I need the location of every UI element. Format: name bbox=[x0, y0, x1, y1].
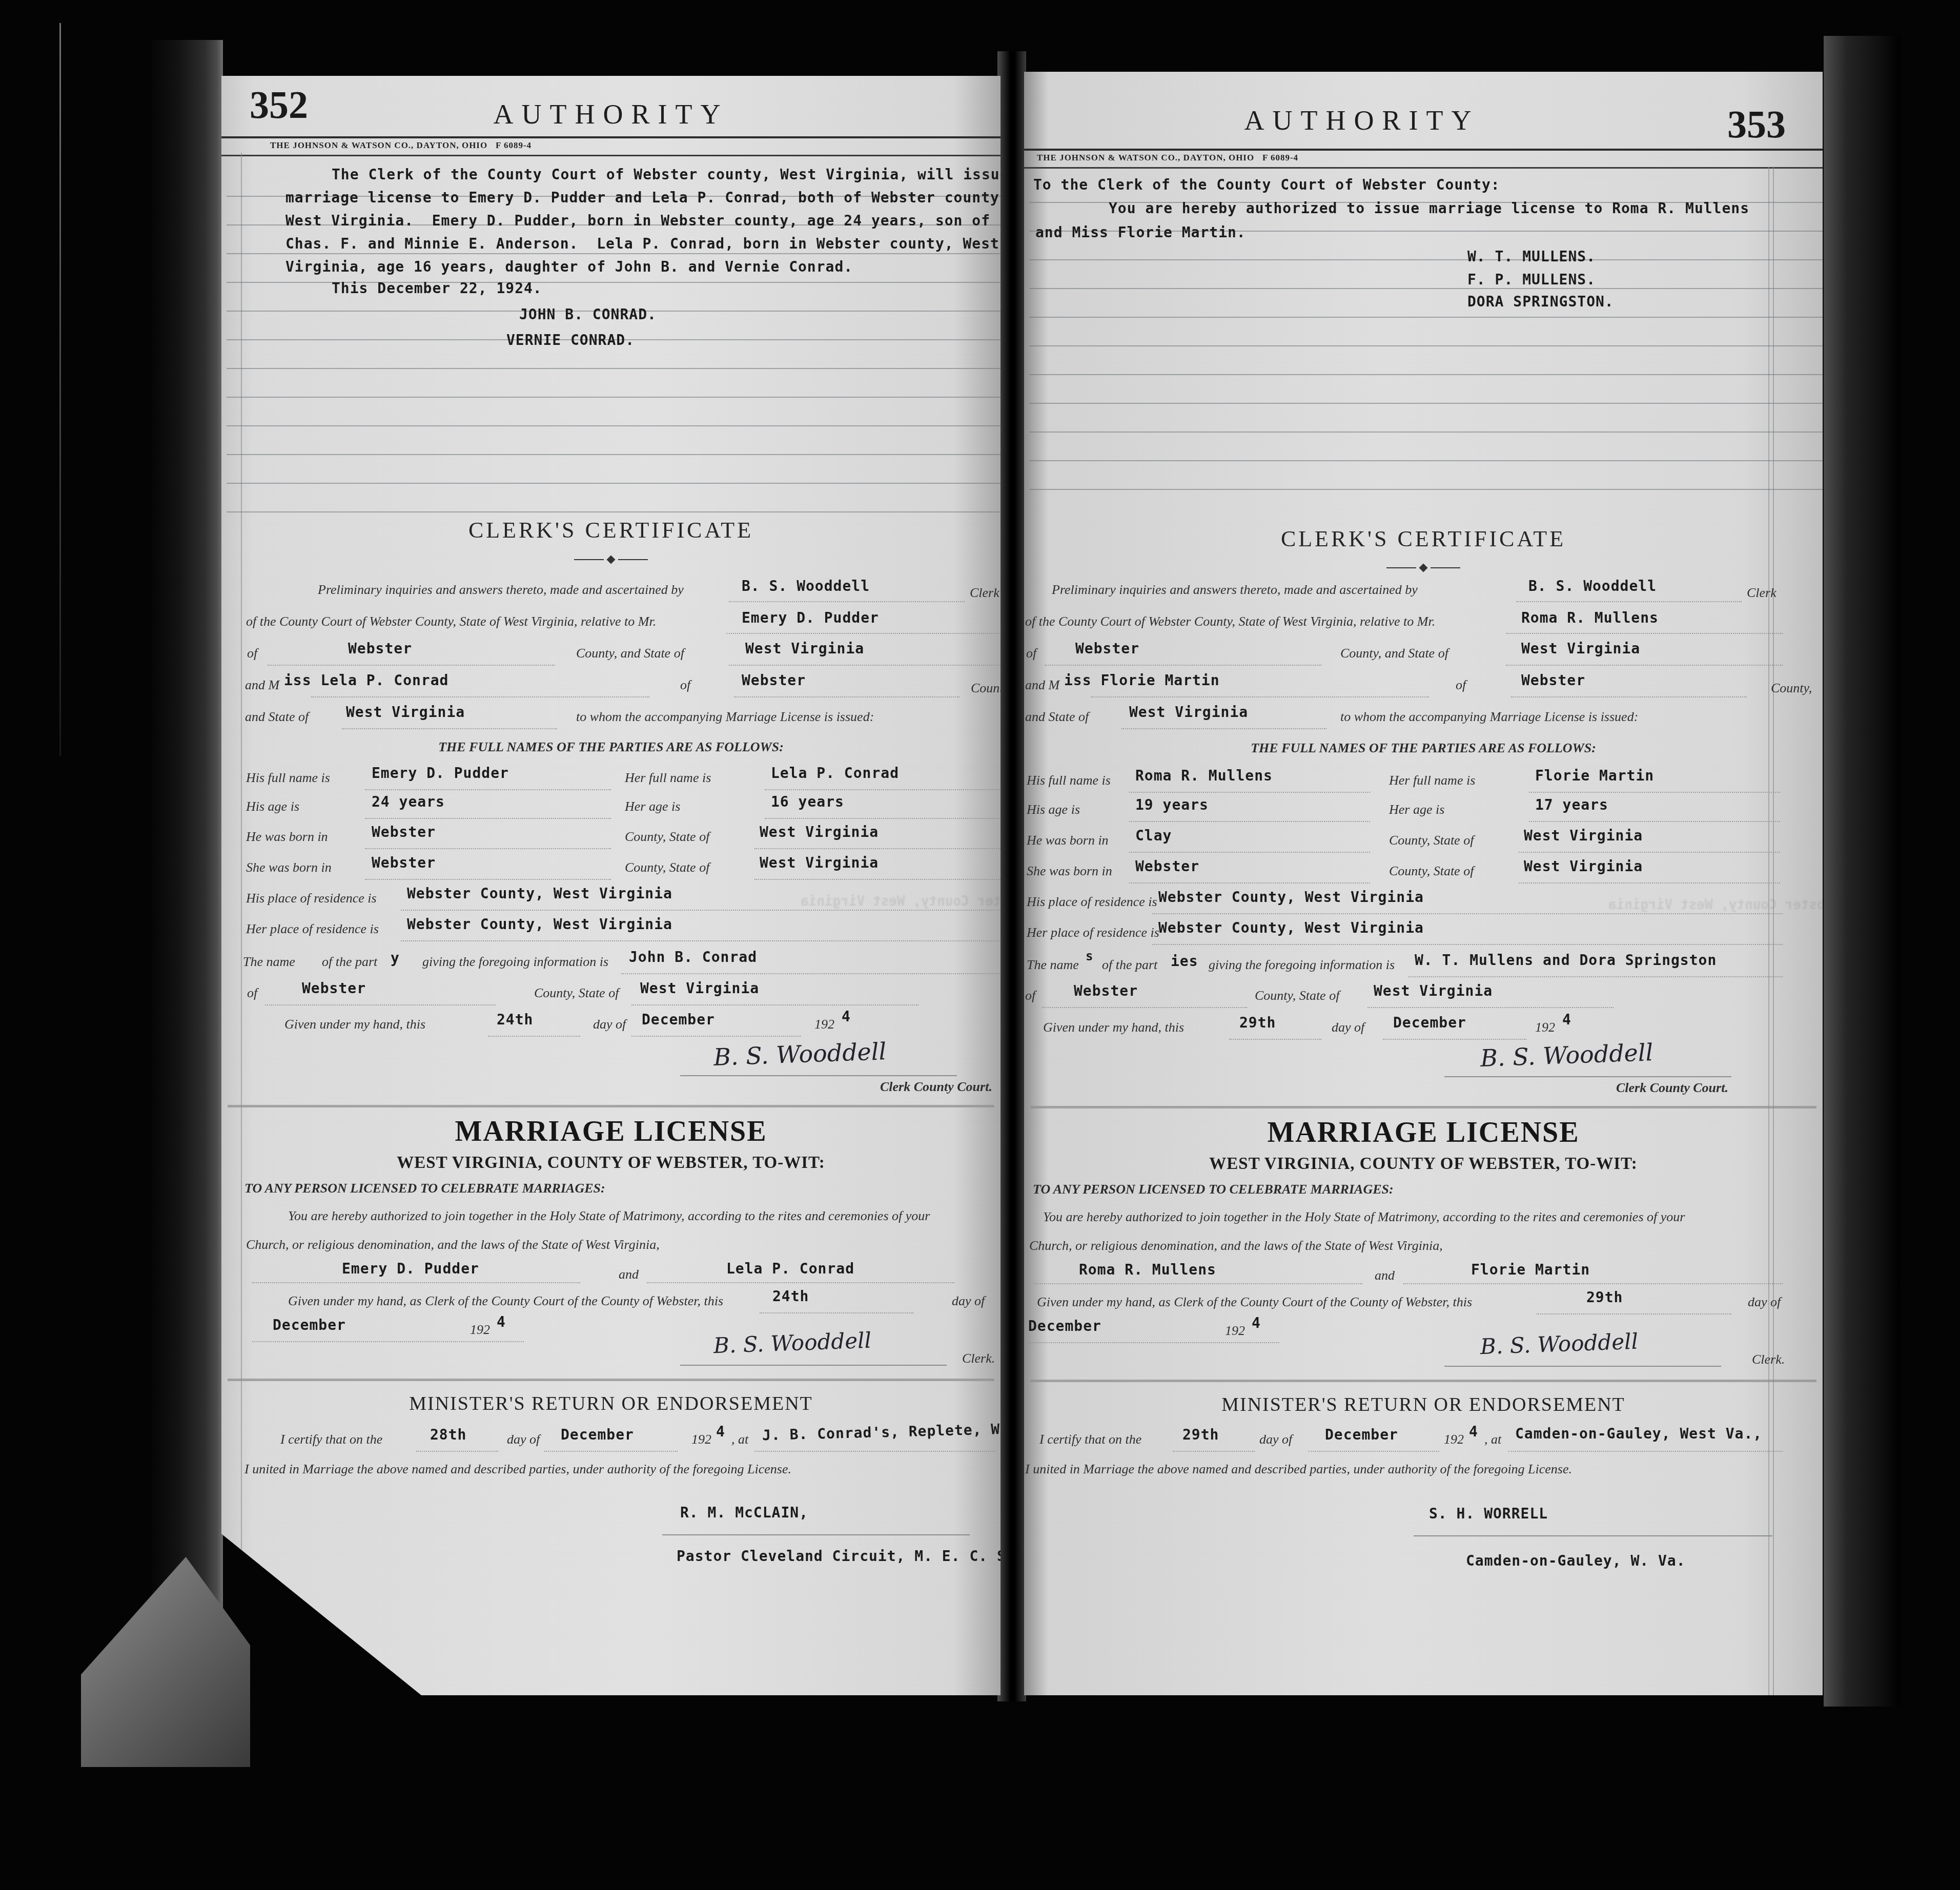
form-label: Given under my hand, this bbox=[284, 1018, 425, 1031]
form-label: and State of bbox=[245, 710, 309, 724]
fill-line bbox=[1506, 632, 1783, 634]
under-page-corner bbox=[81, 1557, 250, 1767]
fill-line bbox=[754, 847, 1001, 849]
fill-line bbox=[631, 1035, 801, 1037]
fill-line bbox=[365, 847, 611, 849]
fill-line bbox=[1529, 791, 1780, 793]
form-label: of the part bbox=[1102, 958, 1157, 972]
clerk-label: Clerk. bbox=[962, 1352, 995, 1365]
section-divider bbox=[228, 1105, 994, 1107]
form-label: giving the foregoing information is bbox=[1209, 958, 1395, 972]
ministers-return-heading: MINISTER'S RETURN OR ENDORSEMENT bbox=[1024, 1395, 1823, 1414]
fill-line bbox=[1129, 881, 1370, 884]
form-label: and bbox=[1375, 1269, 1395, 1282]
form-label: The name bbox=[1027, 958, 1079, 972]
to-any-person-line: TO ANY PERSON LICENSED TO CELEBRATE MARR… bbox=[244, 1182, 605, 1195]
form-label: of bbox=[247, 647, 257, 660]
to-any-person-line: TO ANY PERSON LICENSED TO CELEBRATE MARR… bbox=[1033, 1183, 1394, 1196]
bleed-through-text: Webster County, West Virginia bbox=[1608, 897, 1823, 913]
form-label: His age is bbox=[1027, 803, 1080, 816]
form-label: Her full name is bbox=[625, 771, 711, 785]
clerks-certificate-heading: CLERK'S CERTIFICATE bbox=[221, 519, 1001, 542]
fill-line bbox=[1519, 851, 1780, 853]
form-label: , at bbox=[1484, 1433, 1501, 1446]
form-label: County, and State of bbox=[576, 647, 684, 660]
form-label: of bbox=[1025, 989, 1035, 1002]
fill-line bbox=[1403, 1282, 1783, 1284]
authority-date-line: This December 22, 1924. bbox=[332, 281, 542, 296]
fill-line bbox=[754, 1450, 995, 1452]
party-suffix-value: ies bbox=[1171, 954, 1198, 969]
fill-line bbox=[1229, 1038, 1321, 1040]
form-label: County, State of bbox=[1255, 989, 1339, 1002]
printer-mark: THE JOHNSON & WATSON CO., DAYTON, OHIO F… bbox=[270, 140, 532, 151]
groom-county-value: Webster bbox=[1075, 642, 1139, 656]
ml-year-suffix-value: 4 bbox=[1252, 1316, 1261, 1330]
fill-line bbox=[1045, 664, 1321, 666]
authority-signature: DORA SPRINGSTON. bbox=[1467, 295, 1614, 309]
form-label: and State of bbox=[1025, 710, 1089, 724]
form-label: of bbox=[1026, 647, 1036, 660]
form-label: I certify that on the bbox=[280, 1433, 382, 1446]
informant-value: W. T. Mullens and Dora Springston bbox=[1415, 953, 1717, 968]
authority-signature: W. T. MULLENS. bbox=[1467, 250, 1596, 264]
informant-value: John B. Conrad bbox=[629, 950, 757, 964]
fill-line bbox=[252, 1281, 580, 1283]
form-label: Clerk bbox=[970, 586, 999, 600]
fill-line bbox=[401, 939, 1001, 941]
bride-county-value: Webster bbox=[742, 673, 806, 688]
fill-line bbox=[1508, 1450, 1783, 1452]
fill-line bbox=[268, 664, 555, 666]
fill-line bbox=[416, 1450, 498, 1452]
she-born-county-value: Webster bbox=[372, 856, 436, 870]
cert-day-value: 29th bbox=[1239, 1016, 1276, 1030]
groom-state-value: West Virginia bbox=[745, 642, 864, 656]
her-residence-value: Webster County, West Virginia bbox=[407, 917, 672, 932]
cert-month-value: December bbox=[642, 1013, 715, 1027]
fill-line bbox=[1042, 1006, 1247, 1008]
wv-towit-heading: WEST VIRGINIA, COUNTY OF WEBSTER, TO-WIT… bbox=[221, 1155, 1001, 1172]
fill-line bbox=[1129, 851, 1370, 853]
minister-title-value: Pastor Cleveland Circuit, M. E. C. S. bbox=[677, 1549, 1001, 1564]
form-label: of bbox=[1456, 679, 1466, 692]
form-label: to whom the accompanying Marriage Licens… bbox=[1340, 710, 1638, 724]
informant-county-value: Webster bbox=[1074, 984, 1138, 998]
clerks-certificate-heading: CLERK'S CERTIFICATE bbox=[1024, 528, 1823, 550]
his-age-value: 19 years bbox=[1135, 798, 1209, 812]
united-in-marriage-line: I united in Marriage the above named and… bbox=[244, 1463, 791, 1476]
fill-line bbox=[1383, 1038, 1526, 1040]
groom-county-value: Webster bbox=[348, 642, 412, 656]
cert-year-suffix-value: 4 bbox=[842, 1010, 851, 1024]
groom-name-value: Emery D. Pudder bbox=[742, 611, 879, 625]
form-label: to whom the accompanying Marriage Licens… bbox=[576, 710, 874, 724]
authorized-line: Church, or religious denomination, and t… bbox=[1029, 1239, 1443, 1252]
bleed-through-text: Webster County, West Virginia bbox=[801, 894, 1001, 909]
his-residence-value: Webster County, West Virginia bbox=[407, 887, 672, 901]
form-label: Her place of residence is bbox=[1027, 926, 1159, 939]
ornament-divider bbox=[1024, 565, 1823, 571]
form-label: His place of residence is bbox=[1027, 895, 1157, 909]
fill-line bbox=[1129, 820, 1370, 822]
cert-year-suffix-value: 4 bbox=[1562, 1013, 1571, 1027]
clerk-signature: B. S. Wooddell bbox=[713, 1328, 871, 1359]
bride-name-value: iss Lela P. Conrad bbox=[284, 673, 448, 688]
fill-line bbox=[488, 1035, 580, 1037]
fill-line bbox=[621, 972, 1001, 974]
she-born-state-value: West Virginia bbox=[760, 856, 879, 870]
ml-groom-value: Roma R. Mullens bbox=[1079, 1263, 1216, 1277]
form-label: and M bbox=[245, 679, 279, 692]
ml-bride-value: Florie Martin bbox=[1471, 1263, 1590, 1277]
party-suffix-value: y bbox=[391, 951, 400, 965]
he-born-county-value: Clay bbox=[1135, 829, 1172, 843]
form-label: day of bbox=[1332, 1021, 1364, 1034]
form-label: Clerk bbox=[1747, 586, 1777, 600]
ornament-divider bbox=[221, 557, 1001, 563]
printer-mark: THE JOHNSON & WATSON CO., DAYTON, OHIO F… bbox=[1037, 153, 1298, 163]
form-label: 192 bbox=[470, 1323, 490, 1337]
section-divider bbox=[1030, 1380, 1816, 1382]
clerk-name-value: B. S. Wooddell bbox=[1528, 579, 1657, 593]
form-label: She was born in bbox=[246, 861, 332, 874]
form-label: of the County Court of Webster County, S… bbox=[246, 615, 656, 628]
mr-day-value: 28th bbox=[430, 1428, 466, 1442]
form-label: of the part bbox=[322, 955, 377, 969]
marriage-license-heading: MARRIAGE LICENSE bbox=[221, 1117, 1001, 1146]
form-label: County, and State of bbox=[1340, 647, 1448, 660]
authorized-line: You are hereby authorized to join togeth… bbox=[288, 1209, 930, 1223]
fill-line bbox=[1516, 600, 1742, 602]
form-label: day of bbox=[593, 1018, 626, 1031]
signature-line bbox=[1414, 1535, 1772, 1536]
fill-line bbox=[631, 1003, 918, 1005]
form-label: I certify that on the bbox=[1039, 1433, 1141, 1446]
authority-text-line: To the Clerk of the County Court of Webs… bbox=[1033, 178, 1500, 192]
authority-text-line: Chas. F. and Minnie E. Anderson. Lela P.… bbox=[285, 237, 999, 251]
fill-line bbox=[365, 788, 611, 790]
mr-year-suffix-value: 4 bbox=[716, 1425, 725, 1439]
mr-day-value: 29th bbox=[1182, 1428, 1219, 1442]
authority-text-line: marriage license to Emery D. Pudder and … bbox=[285, 191, 1001, 205]
form-label: His full name is bbox=[246, 771, 330, 785]
form-label: Her age is bbox=[1389, 803, 1444, 816]
form-label: Her full name is bbox=[1389, 774, 1475, 787]
authority-signature: JOHN B. CONRAD. bbox=[519, 307, 657, 322]
form-label: Given under my hand, this bbox=[1043, 1021, 1184, 1034]
fill-line bbox=[765, 817, 1001, 819]
ministers-return-heading: MINISTER'S RETURN OR ENDORSEMENT bbox=[221, 1394, 1001, 1413]
authority-heading: AUTHORITY bbox=[1024, 107, 1761, 134]
her-age-value: 17 years bbox=[1535, 798, 1608, 812]
form-label: He was born in bbox=[1027, 834, 1109, 847]
form-label: 192 bbox=[814, 1018, 834, 1031]
clerk-label: Clerk. bbox=[1752, 1353, 1785, 1366]
fill-line bbox=[1511, 695, 1747, 697]
mr-month-value: December bbox=[1325, 1428, 1398, 1442]
fill-line bbox=[1173, 1450, 1255, 1452]
form-label: day of bbox=[507, 1433, 540, 1446]
signature-line bbox=[680, 1075, 957, 1076]
fill-line bbox=[1408, 975, 1783, 977]
clerk-signature: B. S. Wooddell bbox=[713, 1037, 887, 1071]
authority-text-line: Virginia, age 16 years, daughter of John… bbox=[285, 260, 853, 274]
informant-county-value: Webster bbox=[302, 981, 366, 996]
bride-county-value: Webster bbox=[1521, 673, 1585, 688]
she-born-county-value: Webster bbox=[1135, 859, 1199, 874]
form-label: Given under my hand, as Clerk of the Cou… bbox=[1037, 1296, 1472, 1309]
signature-line bbox=[1444, 1076, 1731, 1077]
fill-line bbox=[1121, 727, 1326, 729]
his-residence-value: Webster County, West Virginia bbox=[1158, 890, 1424, 905]
clerk-county-court-label: Clerk County Court. bbox=[1616, 1081, 1728, 1095]
form-label: County, bbox=[971, 682, 1001, 695]
form-label: County, State of bbox=[1389, 865, 1474, 878]
gutter-shadow bbox=[997, 51, 1026, 1701]
form-label: His place of residence is bbox=[246, 892, 377, 905]
form-label: 192 bbox=[1535, 1021, 1555, 1034]
form-label: His age is bbox=[246, 800, 299, 813]
form-label: Her place of residence is bbox=[246, 922, 379, 936]
authorized-line: You are hereby authorized to join togeth… bbox=[1043, 1210, 1685, 1224]
left-page-edges bbox=[151, 40, 223, 1700]
bride-name-value: iss Florie Martin bbox=[1064, 673, 1220, 688]
fill-line bbox=[647, 1281, 954, 1283]
his-age-value: 24 years bbox=[372, 795, 445, 809]
form-label: He was born in bbox=[246, 830, 328, 844]
fill-line bbox=[1529, 820, 1780, 822]
form-label: day of bbox=[1748, 1296, 1781, 1309]
clerk-county-court-label: Clerk County Court. bbox=[880, 1080, 992, 1094]
he-born-state-value: West Virginia bbox=[760, 825, 879, 839]
authority-signature: F. P. MULLENS. bbox=[1467, 273, 1596, 287]
form-label: County, State of bbox=[534, 987, 619, 1000]
mr-place-value: J. B. Conrad's, Replete, W. Va. bbox=[762, 1421, 1001, 1443]
form-label: County, State of bbox=[625, 830, 709, 844]
fill-line bbox=[726, 632, 1001, 634]
page-352: 352 AUTHORITY THE JOHNSON & WATSON CO., … bbox=[221, 76, 1001, 1695]
fill-line bbox=[1519, 881, 1780, 884]
left-page-edge-highlight bbox=[59, 23, 61, 756]
mr-month-value: December bbox=[561, 1428, 634, 1442]
united-in-marriage-line: I united in Marriage the above named and… bbox=[1025, 1463, 1572, 1476]
his-full-name-value: Emery D. Pudder bbox=[372, 766, 509, 780]
form-label: 192 bbox=[691, 1433, 711, 1446]
form-label: County, State of bbox=[625, 861, 709, 874]
authorized-line: Church, or religious denomination, and t… bbox=[246, 1238, 660, 1251]
fill-line bbox=[729, 664, 1001, 666]
section-divider bbox=[1030, 1106, 1816, 1108]
form-label: day of bbox=[952, 1295, 985, 1308]
clerk-name-value: B. S. Wooddell bbox=[742, 579, 870, 593]
fill-line bbox=[365, 817, 611, 819]
ml-month-value: December bbox=[273, 1318, 346, 1332]
form-label: Preliminary inquiries and answers theret… bbox=[1052, 583, 1418, 597]
signature-line bbox=[680, 1365, 947, 1366]
fill-line bbox=[1152, 943, 1783, 945]
fill-line bbox=[760, 1311, 913, 1313]
fill-line bbox=[342, 727, 557, 729]
form-label: giving the foregoing information is bbox=[422, 955, 608, 969]
form-label: of the County Court of Webster County, S… bbox=[1025, 615, 1435, 628]
cert-month-value: December bbox=[1393, 1016, 1466, 1030]
form-label: Preliminary inquiries and answers theret… bbox=[318, 583, 684, 597]
fill-line bbox=[252, 1340, 524, 1342]
he-born-county-value: Webster bbox=[372, 825, 436, 839]
form-label: County, bbox=[1771, 682, 1812, 695]
form-label: , at bbox=[731, 1433, 748, 1446]
fill-line bbox=[1091, 695, 1429, 697]
wv-towit-heading: WEST VIRGINIA, COUNTY OF WEBSTER, TO-WIT… bbox=[1024, 1156, 1823, 1173]
fill-line bbox=[1028, 1341, 1279, 1343]
fill-line bbox=[729, 600, 965, 602]
authority-text-line: You are hereby authorized to issue marri… bbox=[1109, 201, 1749, 216]
fill-line bbox=[265, 1003, 496, 1005]
authority-heading: AUTHORITY bbox=[221, 100, 1001, 128]
she-born-state-value: West Virginia bbox=[1524, 859, 1643, 874]
section-divider bbox=[228, 1379, 994, 1381]
full-names-heading: THE FULL NAMES OF THE PARTIES ARE AS FOL… bbox=[221, 741, 1001, 754]
fill-line bbox=[365, 878, 611, 880]
signature-line bbox=[662, 1534, 970, 1535]
form-label: and M bbox=[1025, 679, 1059, 692]
ml-day-value: 29th bbox=[1586, 1290, 1623, 1305]
fill-line bbox=[1367, 1006, 1614, 1008]
informant-state-value: West Virginia bbox=[1374, 984, 1493, 998]
form-label: Given under my hand, as Clerk of the Cou… bbox=[288, 1295, 723, 1308]
her-full-name-value: Florie Martin bbox=[1535, 769, 1654, 783]
form-label: day of bbox=[1259, 1433, 1292, 1446]
fill-line bbox=[1537, 1312, 1731, 1314]
her-full-name-value: Lela P. Conrad bbox=[771, 766, 899, 780]
minister-title-value: Camden-on-Gauley, W. Va. bbox=[1466, 1554, 1686, 1568]
fill-line bbox=[544, 1450, 678, 1452]
form-label: and bbox=[619, 1268, 639, 1281]
mr-year-suffix-value: 4 bbox=[1469, 1425, 1478, 1439]
mr-place-value: Camden-on-Gauley, West Va., bbox=[1515, 1427, 1762, 1441]
authority-signature: VERNIE CONRAD. bbox=[506, 333, 635, 347]
he-born-state-value: West Virginia bbox=[1524, 829, 1643, 843]
form-label: His full name is bbox=[1027, 774, 1111, 787]
her-age-value: 16 years bbox=[771, 795, 844, 809]
authority-text-line: The Clerk of the County Court of Webster… bbox=[332, 168, 1001, 182]
ml-day-value: 24th bbox=[772, 1289, 809, 1304]
form-label: of bbox=[680, 679, 690, 692]
ml-groom-value: Emery D. Pudder bbox=[342, 1262, 479, 1276]
name-suffix-value: s bbox=[1086, 950, 1093, 962]
groom-name-value: Roma R. Mullens bbox=[1521, 611, 1659, 625]
authority-text-line: West Virginia. Emery D. Pudder, born in … bbox=[285, 214, 990, 228]
fill-line bbox=[1309, 1450, 1439, 1452]
ledger-scan: 352 AUTHORITY THE JOHNSON & WATSON CO., … bbox=[0, 0, 1960, 1890]
fill-line bbox=[734, 695, 959, 697]
authority-text-line: and Miss Florie Martin. bbox=[1035, 225, 1246, 240]
ml-year-suffix-value: 4 bbox=[497, 1315, 506, 1329]
bride-state-value: West Virginia bbox=[346, 705, 465, 720]
fill-line bbox=[1034, 1282, 1362, 1284]
fill-line bbox=[1506, 664, 1783, 666]
form-label: of bbox=[247, 987, 257, 1000]
form-label: 192 bbox=[1444, 1433, 1464, 1446]
marriage-license-heading: MARRIAGE LICENSE bbox=[1024, 1118, 1823, 1147]
full-names-heading: THE FULL NAMES OF THE PARTIES ARE AS FOL… bbox=[1024, 742, 1823, 755]
minister-name-value: S. H. WORRELL bbox=[1429, 1507, 1548, 1521]
minister-name-value: R. M. McCLAIN, bbox=[680, 1506, 808, 1520]
her-residence-value: Webster County, West Virginia bbox=[1158, 921, 1424, 935]
right-page-edges bbox=[1824, 36, 1901, 1707]
fill-line bbox=[311, 695, 649, 697]
form-label: She was born in bbox=[1027, 865, 1112, 878]
form-label: Her age is bbox=[625, 800, 680, 813]
his-full-name-value: Roma R. Mullens bbox=[1135, 769, 1273, 783]
informant-state-value: West Virginia bbox=[640, 981, 759, 996]
fill-line bbox=[754, 878, 1001, 880]
groom-state-value: West Virginia bbox=[1521, 642, 1640, 656]
cert-day-value: 24th bbox=[497, 1013, 533, 1027]
form-label: 192 bbox=[1225, 1324, 1245, 1338]
form-label: The name bbox=[243, 955, 295, 969]
clerk-signature: B. S. Wooddell bbox=[1480, 1329, 1638, 1360]
bride-state-value: West Virginia bbox=[1129, 705, 1248, 720]
ml-month-value: December bbox=[1028, 1319, 1101, 1333]
form-label: County, State of bbox=[1389, 834, 1474, 847]
page-353: 353 AUTHORITY THE JOHNSON & WATSON CO., … bbox=[1024, 72, 1823, 1695]
clerk-signature: B. S. Wooddell bbox=[1480, 1038, 1653, 1072]
fill-line bbox=[765, 788, 1001, 790]
signature-line bbox=[1444, 1366, 1721, 1367]
fill-line bbox=[1129, 791, 1370, 793]
ml-bride-value: Lela P. Conrad bbox=[726, 1262, 854, 1276]
